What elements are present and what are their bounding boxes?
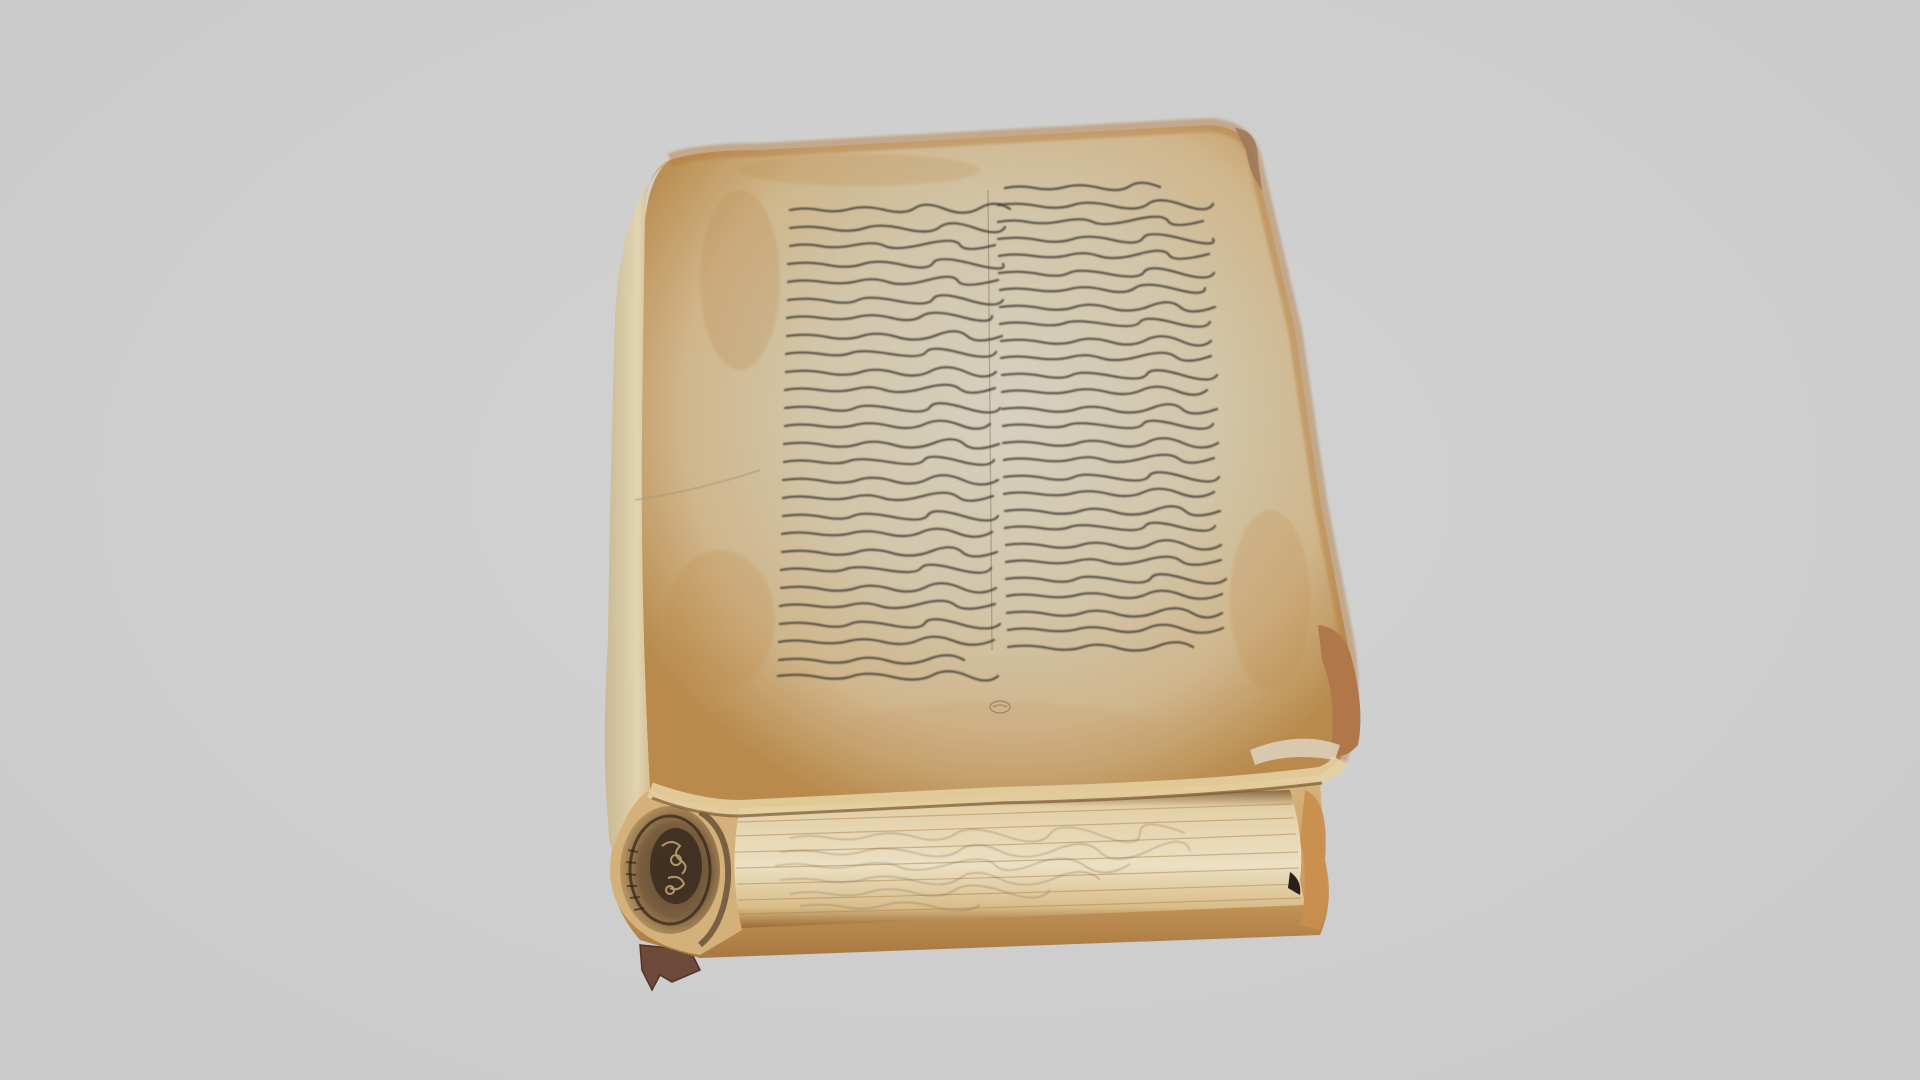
book-scene: Antique manuscript book with vellum cove… — [0, 0, 1920, 1080]
manuscript-book — [0, 0, 1920, 1080]
back-cover-corner-flap — [1300, 790, 1328, 930]
